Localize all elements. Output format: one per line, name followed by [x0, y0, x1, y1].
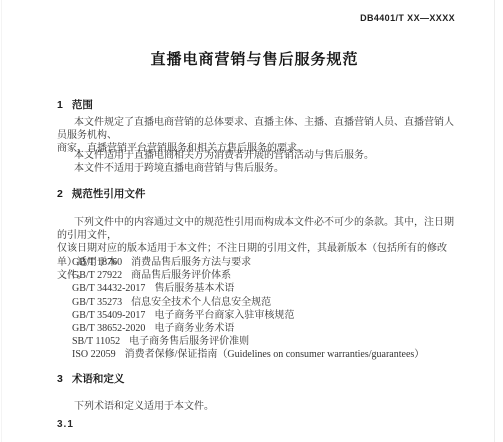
reference-item: GB/T 35273信息安全技术个人信息安全规范 [57, 296, 454, 309]
section-heading-scope: 1范围 [57, 99, 454, 112]
reference-item: GB/T 38652-2020电子商务业务术语 [57, 322, 454, 335]
reference-code: ISO 22059 [72, 349, 116, 360]
section-number: 3 [57, 373, 63, 385]
reference-item: GB/T 35409-2017电子商务平台商家入驻审核规范 [57, 309, 454, 322]
reference-title: 电子商务平台商家入驻审核规范 [154, 310, 294, 321]
reference-code: SB/T 11052 [72, 336, 120, 347]
page-edge-left [1, 0, 2, 442]
standard-document-page: DB4401/T XX—XXXX 直播电商营销与售后服务规范 1范围 本文件规定… [0, 0, 503, 442]
reference-code: GB/T 27922 [72, 270, 122, 281]
section-title: 规范性引用文件 [72, 188, 146, 200]
reference-item: GB/T 18760消费品售后服务方法与要求 [57, 256, 454, 269]
reference-title: 电子商务售后服务评价准则 [129, 336, 249, 347]
section-heading-normative-references: 2规范性引用文件 [57, 188, 454, 201]
reference-code: GB/T 35273 [72, 297, 122, 308]
reference-code: GB/T 38652-2020 [72, 323, 145, 334]
scope-paragraph-3: 本文件不适用于跨境直播电商营销与售后服务。 [57, 162, 454, 175]
scope-paragraph-2: 本文件适用于直播电商相关方为消费者开展的营销活动与售后服务。 [57, 149, 454, 162]
document-code: DB4401/T XX—XXXX [360, 13, 455, 23]
terms-intro-paragraph: 下列术语和定义适用于本文件。 [57, 400, 454, 413]
reference-title: 售后服务基本术语 [154, 283, 234, 294]
reference-title: 商品售后服务评价体系 [131, 270, 231, 281]
reference-item: ISO 22059消费者保修/保证指南（Guidelines on consum… [57, 348, 454, 361]
section-heading-terms-definitions: 3术语和定义 [57, 373, 454, 386]
reference-title: 消费者保修/保证指南（Guidelines on consumer warran… [125, 349, 425, 360]
reference-item: GB/T 34432-2017售后服务基本术语 [57, 282, 454, 295]
section-number: 2 [57, 188, 63, 200]
section-title: 范围 [72, 99, 93, 111]
reference-code: GB/T 35409-2017 [72, 310, 145, 321]
reference-title: 电子商务业务术语 [154, 323, 234, 334]
document-title: 直播电商营销与售后服务规范 [57, 48, 452, 69]
term-number-3-1: 3.1 [57, 418, 454, 431]
reference-title: 信息安全技术个人信息安全规范 [131, 297, 271, 308]
reference-item: GB/T 27922商品售后服务评价体系 [57, 269, 454, 282]
section-title: 术语和定义 [72, 373, 125, 385]
reference-title: 消费品售后服务方法与要求 [131, 257, 251, 268]
page-edge-right [494, 0, 495, 442]
reference-item: SB/T 11052电子商务售后服务评价准则 [57, 335, 454, 348]
reference-code: GB/T 34432-2017 [72, 283, 145, 294]
section-number: 1 [57, 99, 63, 111]
references-list: GB/T 18760消费品售后服务方法与要求 GB/T 27922商品售后服务评… [57, 256, 454, 362]
reference-code: GB/T 18760 [72, 257, 122, 268]
